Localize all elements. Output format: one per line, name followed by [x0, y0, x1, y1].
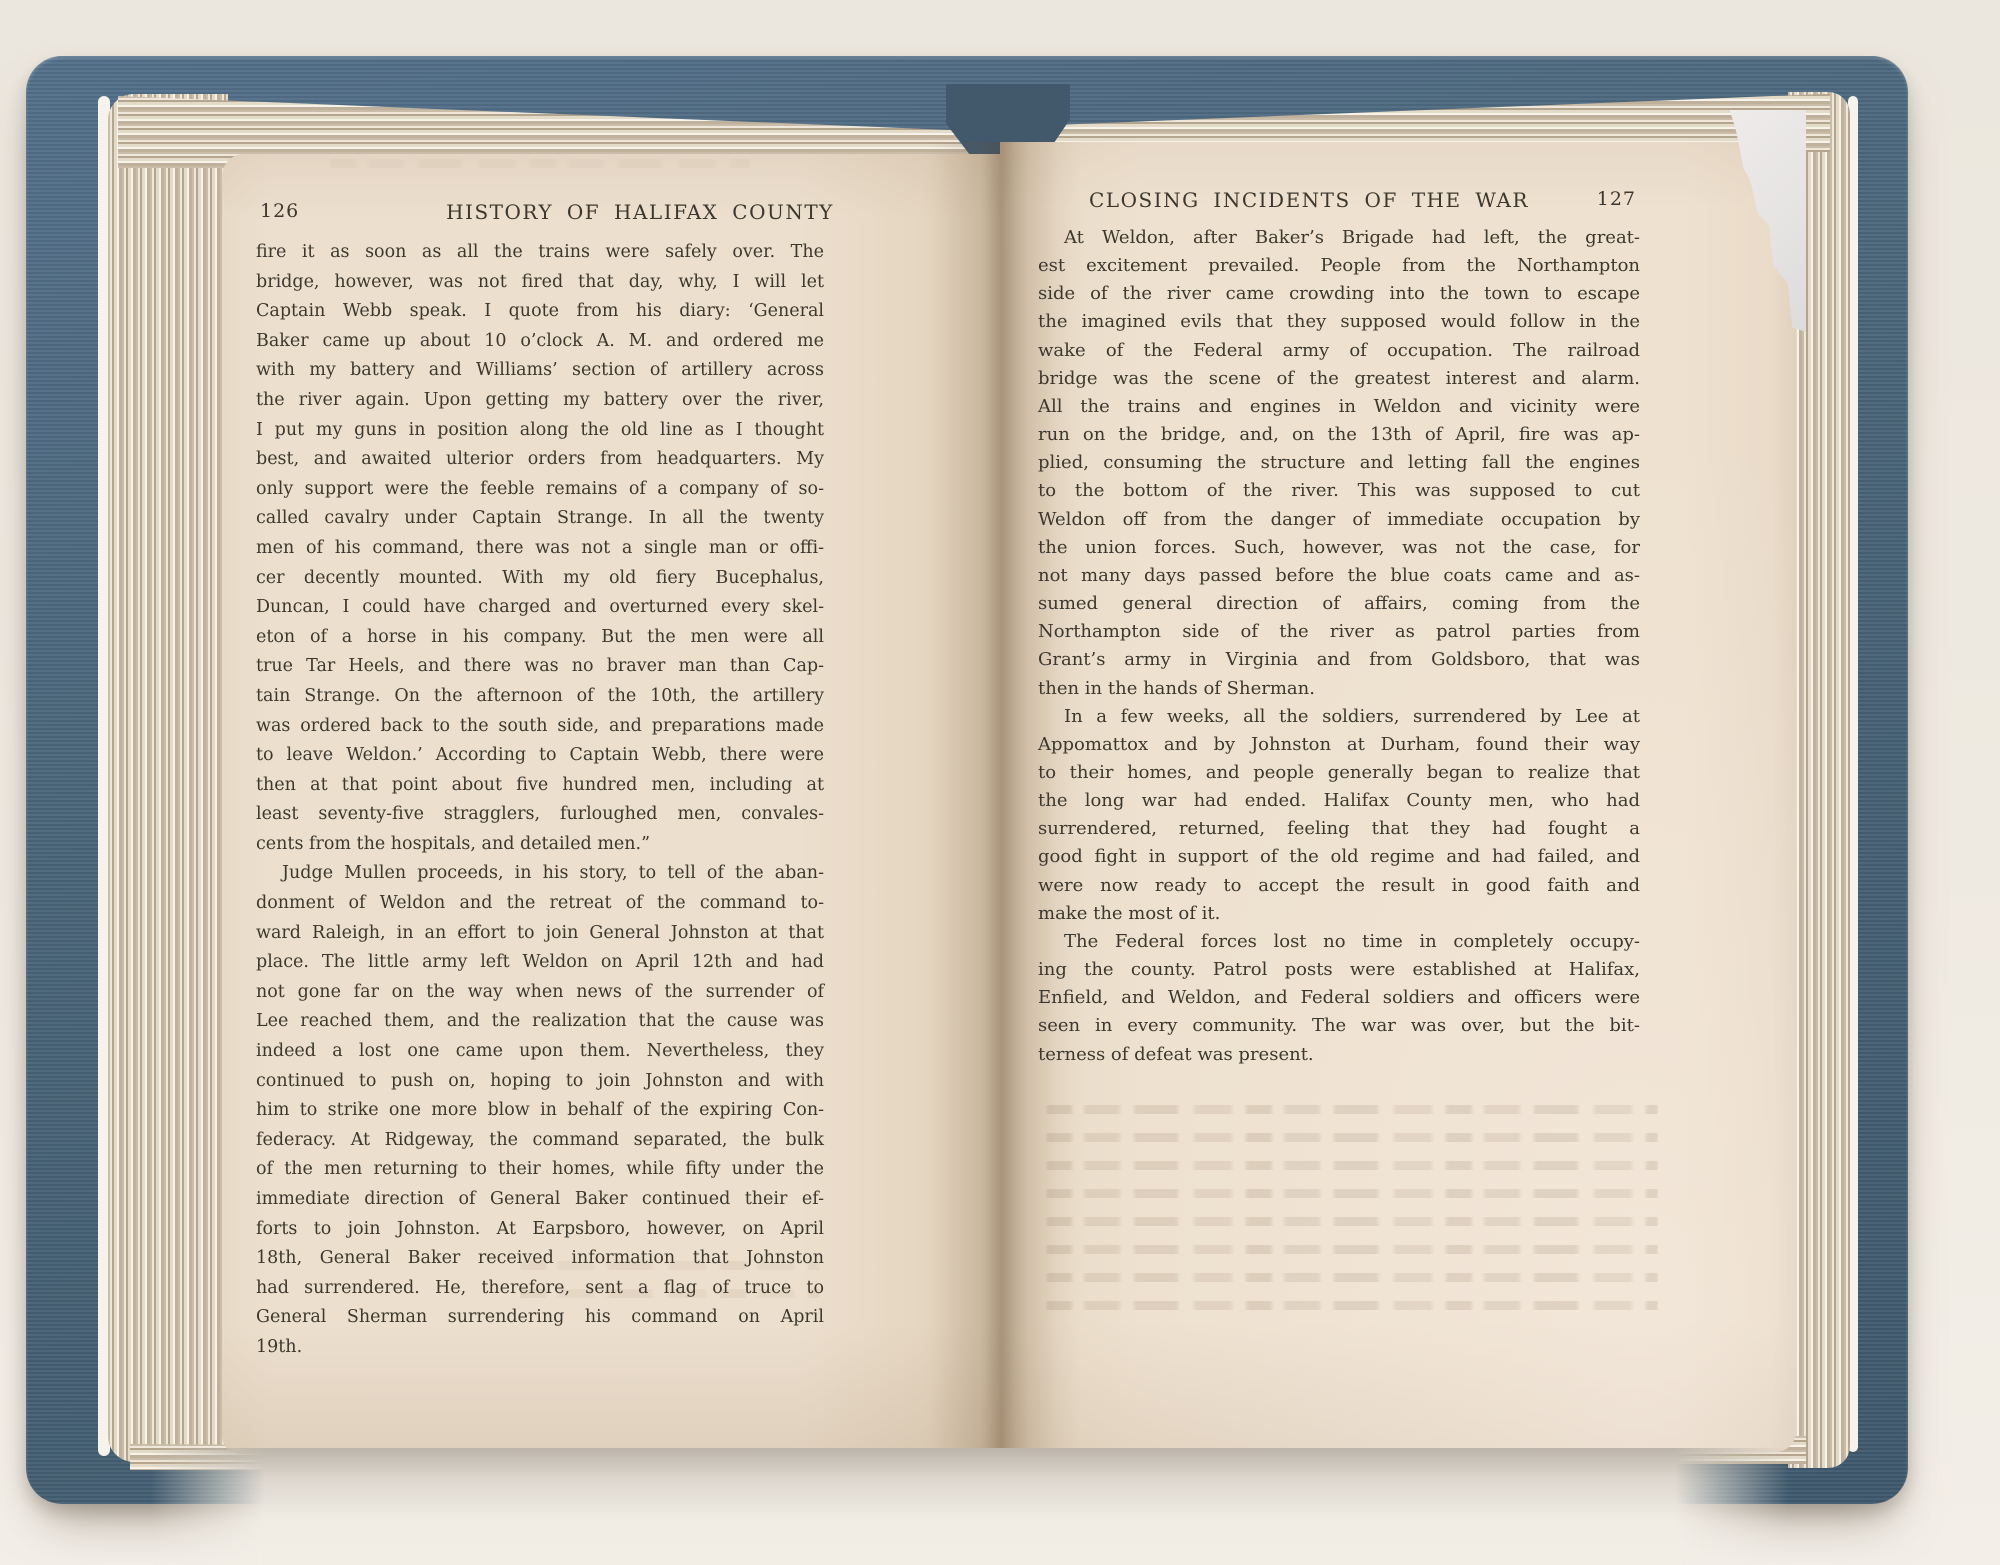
page-edge-stack-left: [108, 94, 228, 1462]
text-line: Appomattox and by Johnston at Durham, fo…: [1038, 731, 1640, 759]
text-line: ward Raleigh, in an effort to join Gener…: [256, 919, 824, 949]
text-line: of the men returning to their homes, whi…: [256, 1155, 824, 1185]
running-header-right: CLOSING INCIDENTS OF THE WAR 127: [1038, 188, 1640, 218]
text-line: All the trains and engines in Weldon and…: [1038, 393, 1640, 421]
text-line: the river again. Upon getting my battery…: [256, 386, 824, 416]
text-line: side of the river came crowding into the…: [1038, 280, 1640, 308]
text-line: Weldon off from the danger of immediate …: [1038, 506, 1640, 534]
text-line: federacy. At Ridgeway, the command separ…: [256, 1126, 824, 1156]
text-line: fire it as soon as all the trains were s…: [256, 238, 824, 268]
text-line: Baker came up about 10 o’clock A. M. and…: [256, 327, 824, 357]
body-text-left: fire it as soon as all the trains were s…: [256, 238, 824, 1363]
text-line: forts to join Johnston. At Earpsboro, ho…: [256, 1215, 824, 1245]
text-line: wake of the Federal army of occupation. …: [1038, 337, 1640, 365]
text-line: Enfield, and Weldon, and Federal soldier…: [1038, 984, 1640, 1012]
text-line: were now ready to accept the result in g…: [1038, 872, 1640, 900]
text-line: At Weldon, after Baker’s Brigade had lef…: [1038, 224, 1640, 252]
text-line: only support were the feeble remains of …: [256, 475, 824, 505]
text-line: tain Strange. On the afternoon of the 10…: [256, 682, 824, 712]
paragraph: The Federal forces lost no time in compl…: [1038, 928, 1640, 1069]
page-number-left: 126: [260, 200, 299, 222]
left-page-text: 126 HISTORY OF HALIFAX COUNTY fire it as…: [256, 200, 824, 230]
running-header-left: 126 HISTORY OF HALIFAX COUNTY: [256, 200, 824, 230]
text-line: bridge, however, was not fired that day,…: [256, 268, 824, 298]
text-line: est excitement prevailed. People from th…: [1038, 252, 1640, 280]
text-line: I put my guns in position along the old …: [256, 416, 824, 446]
text-line: Lee reached them, and the realization th…: [256, 1007, 824, 1037]
text-line: place. The little army left Weldon on Ap…: [256, 948, 824, 978]
running-title-left: HISTORY OF HALIFAX COUNTY: [446, 200, 834, 224]
text-line: then in the hands of Sherman.: [1038, 675, 1640, 703]
text-line: eton of a horse in his company. But the …: [256, 623, 824, 653]
text-line: to leave Weldon.’ According to Captain W…: [256, 741, 824, 771]
text-line: best, and awaited ulterior orders from h…: [256, 445, 824, 475]
text-line: him to strike one more blow in behalf of…: [256, 1096, 824, 1126]
text-line: men of his command, there was not a sing…: [256, 534, 824, 564]
text-line: General Sherman surrendering his command…: [256, 1303, 824, 1333]
text-line: cents from the hospitals, and detailed m…: [256, 830, 824, 860]
text-line: Captain Webb speak. I quote from his dia…: [256, 297, 824, 327]
text-line: surrendered, returned, feeling that they…: [1038, 815, 1640, 843]
paragraph: fire it as soon as all the trains were s…: [256, 238, 824, 859]
right-page-text: CLOSING INCIDENTS OF THE WAR 127 At Weld…: [1038, 188, 1640, 218]
text-line: Northampton side of the river as patrol …: [1038, 618, 1640, 646]
text-line: with my battery and Williams’ section of…: [256, 356, 824, 386]
text-line: Grant’s army in Virginia and from Goldsb…: [1038, 646, 1640, 674]
text-line: then at that point about five hundred me…: [256, 771, 824, 801]
text-line: immediate direction of General Baker con…: [256, 1185, 824, 1215]
text-line: least seventy-five stragglers, furloughe…: [256, 800, 824, 830]
book-bottom-shadow: [150, 1448, 1790, 1565]
text-line: seen in every community. The war was ove…: [1038, 1012, 1640, 1040]
text-line: true Tar Heels, and there was no braver …: [256, 652, 824, 682]
text-line: plied, consuming the structure and letti…: [1038, 449, 1640, 477]
text-line: the long war had ended. Halifax County m…: [1038, 787, 1640, 815]
text-line: sumed general direction of affairs, comi…: [1038, 590, 1640, 618]
text-line: had surrendered. He, therefore, sent a f…: [256, 1274, 824, 1304]
text-line: Duncan, I could have charged and overtur…: [256, 593, 824, 623]
text-line: ing the county. Patrol posts were establ…: [1038, 956, 1640, 984]
text-line: Judge Mullen proceeds, in his story, to …: [256, 859, 824, 889]
text-line: bridge was the scene of the greatest int…: [1038, 365, 1640, 393]
page-number-right: 127: [1597, 188, 1636, 210]
text-line: donment of Weldon and the retreat of the…: [256, 889, 824, 919]
text-line: cer decently mounted. With my old fiery …: [256, 564, 824, 594]
text-line: 19th.: [256, 1333, 824, 1363]
text-line: to their homes, and people generally beg…: [1038, 759, 1640, 787]
text-line: called cavalry under Captain Strange. In…: [256, 504, 824, 534]
text-line: In a few weeks, all the soldiers, surren…: [1038, 703, 1640, 731]
text-line: run on the bridge, and, on the 13th of A…: [1038, 421, 1640, 449]
paragraph: In a few weeks, all the soldiers, surren…: [1038, 703, 1640, 928]
open-book-photo: 126 HISTORY OF HALIFAX COUNTY fire it as…: [0, 0, 2000, 1565]
running-title-right: CLOSING INCIDENTS OF THE WAR: [1089, 188, 1529, 212]
text-line: to the bottom of the river. This was sup…: [1038, 477, 1640, 505]
text-line: indeed a lost one came upon them. Nevert…: [256, 1037, 824, 1067]
text-line: not many days passed before the blue coa…: [1038, 562, 1640, 590]
text-line: terness of defeat was present.: [1038, 1041, 1640, 1069]
text-line: good fight in support of the old regime …: [1038, 843, 1640, 871]
text-line: was ordered back to the south side, and …: [256, 712, 824, 742]
body-text-right: At Weldon, after Baker’s Brigade had lef…: [1038, 224, 1640, 1069]
text-line: The Federal forces lost no time in compl…: [1038, 928, 1640, 956]
text-line: the imagined evils that they supposed wo…: [1038, 308, 1640, 336]
text-line: continued to push on, hoping to join Joh…: [256, 1067, 824, 1097]
text-line: make the most of it.: [1038, 900, 1640, 928]
text-line: not gone far on the way when news of the…: [256, 978, 824, 1008]
paragraph: At Weldon, after Baker’s Brigade had lef…: [1038, 224, 1640, 703]
text-line: 18th, General Baker received information…: [256, 1244, 824, 1274]
paragraph: Judge Mullen proceeds, in his story, to …: [256, 859, 824, 1362]
text-line: the union forces. Such, however, was not…: [1038, 534, 1640, 562]
